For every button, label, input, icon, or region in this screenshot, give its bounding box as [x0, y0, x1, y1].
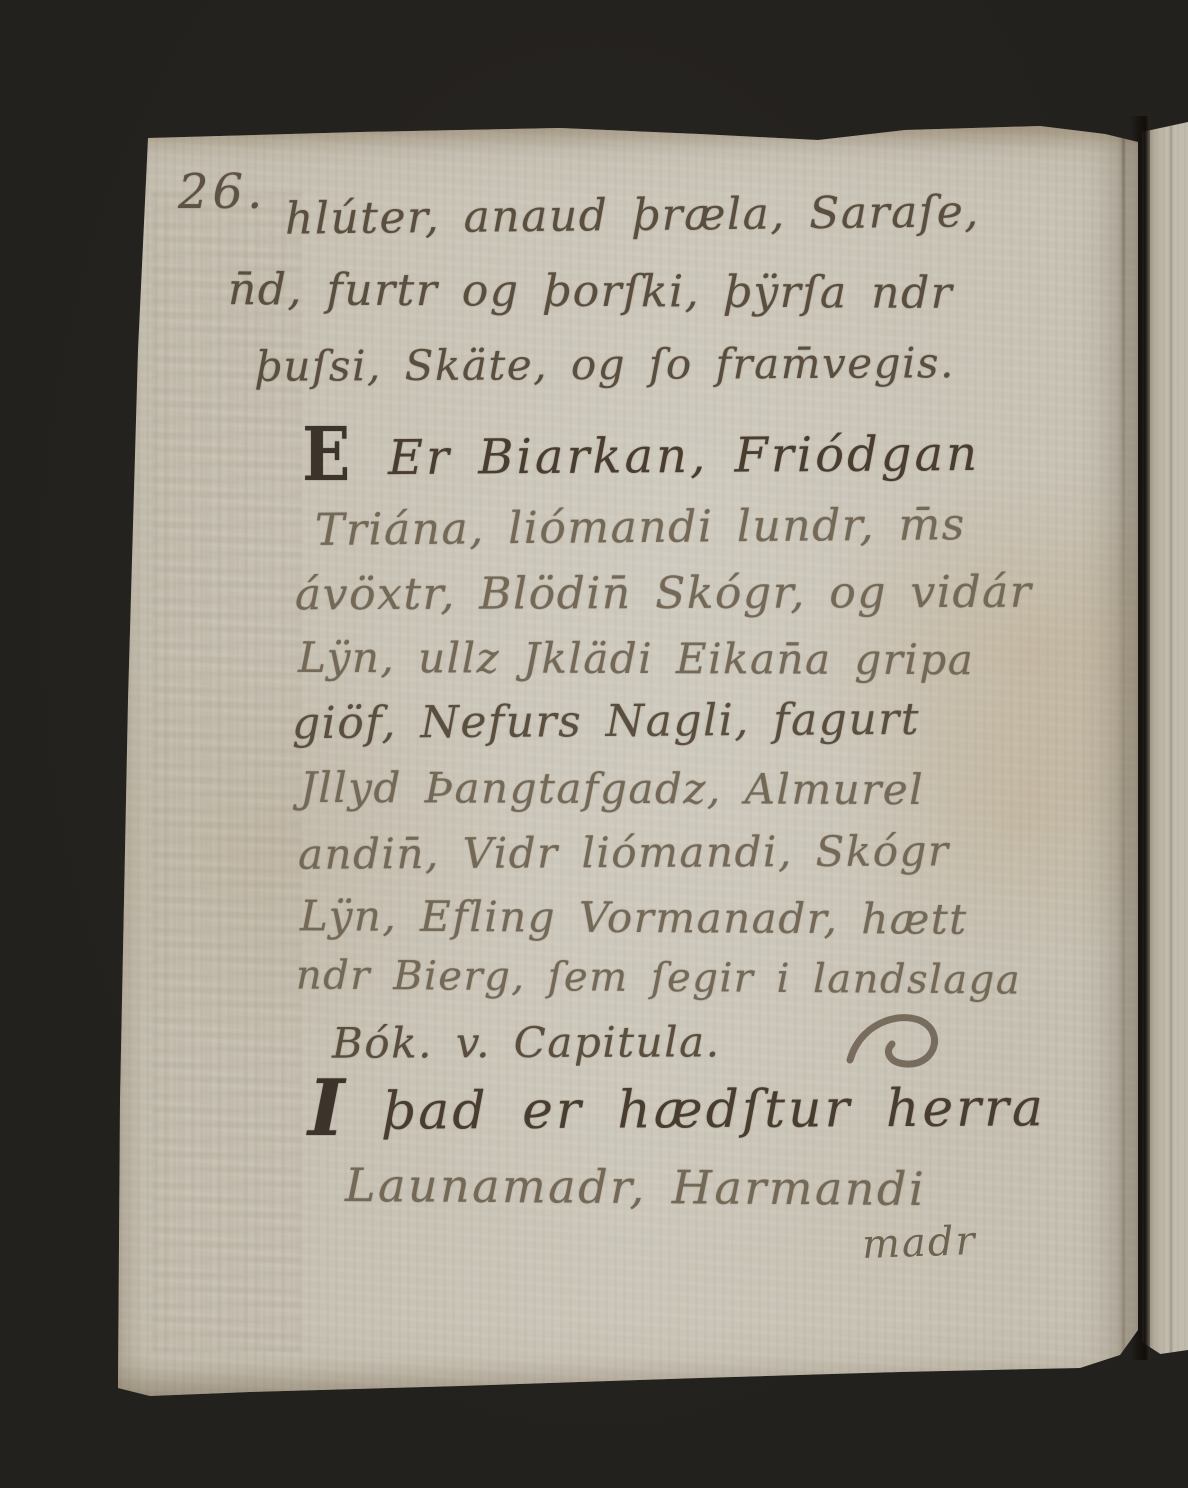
manuscript-line: Jllyd Þangtafgadz, Almurel: [300, 767, 924, 811]
manuscript-line: andin̄, Vidr liómandi, Skógr: [298, 830, 950, 875]
manuscript-line: ndr Bierg, ſem ſegir i landslaga: [296, 955, 1021, 1000]
section-initial: I: [308, 1070, 345, 1148]
manuscript-line: n̄d, furtr og þorſki, þÿrſa ndr: [228, 268, 953, 316]
manuscript-line: giöf, Nefurs Nagli, fagurt: [292, 698, 920, 746]
fold-crease: [1122, 128, 1125, 1368]
manuscript-line: Lÿn, ullz Jklädi Eikan̄a gripa: [298, 637, 974, 681]
fold-crease: [1170, 118, 1172, 1358]
flourish-mark: [840, 1008, 960, 1088]
manuscript-line: þuſsi, Skäte, og ſo fram̄vegis.: [255, 342, 955, 388]
manuscript-line: Launamadr, Harmandi: [345, 1162, 926, 1212]
manuscript-line: Lÿn, Efling Vormanadr, hætt: [300, 895, 968, 940]
manuscript-line: Triána, liómandi lundr, m̄s: [315, 503, 966, 553]
catchword: madr: [861, 1218, 977, 1268]
manuscript-line: ávöxtr, Blödin̄ Skógr, og vidár: [295, 571, 1032, 618]
manuscript-line: Bók. v. Capitula.: [332, 1021, 721, 1064]
page-number: 26.: [178, 164, 266, 220]
manuscript-line: hlúter, anaud þræla, Saraſe,: [285, 190, 980, 241]
section-initial: E: [302, 418, 350, 492]
manuscript-line: Er Biarkan, Friódgan: [388, 430, 980, 482]
manuscript-line: þad er hædſtur herra: [382, 1082, 1046, 1137]
manuscript-page: 26. hlúter, anaud þræla, Saraſe, n̄d, fu…: [110, 122, 1142, 1396]
scan-background: 26. hlúter, anaud þræla, Saraſe, n̄d, fu…: [0, 0, 1188, 1488]
